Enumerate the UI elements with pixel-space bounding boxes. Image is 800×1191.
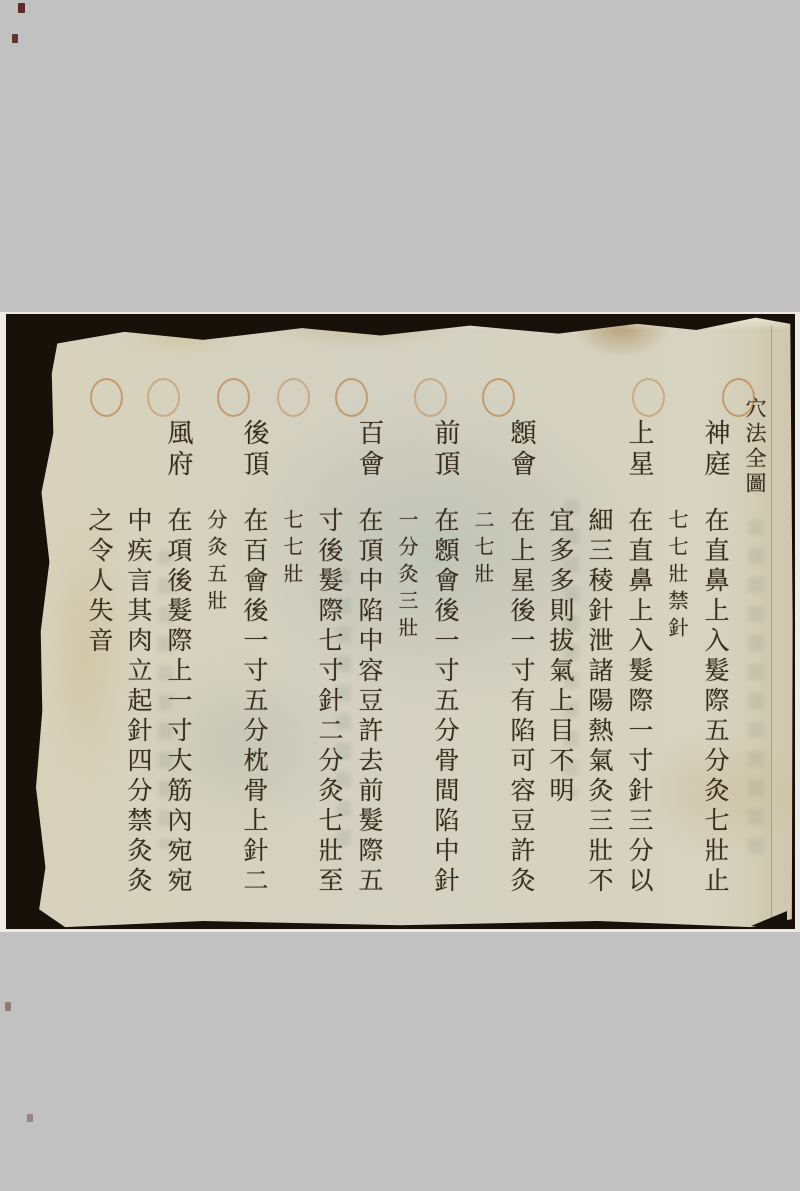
dosage-annotation-small: 分灸五壯	[198, 397, 234, 617]
acupoint-description-continued: 中疾言其肉立起針四分禁灸灸	[119, 397, 158, 897]
page-title: 穴法全圖	[735, 397, 775, 497]
acupoint-name: 風府	[163, 419, 193, 481]
acupoint-description-continued: 之令人失音	[80, 397, 119, 657]
acupoint-entry-column: 百會在頂中陷中容豆許去前髮際五	[349, 397, 389, 897]
acupoint-description-continued: 細三稜針泄諸陽熱氣灸三壯不	[580, 397, 619, 897]
manuscript-photo: 穴法全圖 神庭在直鼻上入髮際五分灸七壯止七七壯禁針上星在直鼻上入髮際一寸針三分以…	[0, 312, 800, 932]
acupoint-entry-column: 顖會在上星後一寸有陷可容豆許灸	[501, 397, 541, 897]
acupoint-description: 在直鼻上入髮際一寸針三分以	[625, 507, 654, 897]
acupoint-entry-column: 後頂在百會後一寸五分枕骨上針二	[234, 397, 274, 897]
scan-speck	[18, 3, 25, 13]
acupoint-description: 在項後髮際上一寸大筋內宛宛	[164, 507, 193, 897]
acupoint-description: 在上星後一寸有陷可容豆許灸	[507, 507, 536, 897]
acupoint-name: 百會	[354, 419, 384, 481]
acupoint-description: 在百會後一寸五分枕骨上針二	[240, 507, 269, 897]
acupoint-entry-column: 前頂在顖會後一寸五分骨間陷中針	[425, 397, 465, 897]
acupoint-description-continued: 宜多多則拔氣上目不明	[541, 397, 580, 807]
acupoint-description: 在頂中陷中容豆許去前髮際五	[355, 507, 384, 897]
name-description-gap	[253, 481, 255, 507]
black-backing: 穴法全圖 神庭在直鼻上入髮際五分灸七壯止七七壯禁針上星在直鼻上入髮際一寸針三分以…	[6, 314, 795, 929]
name-description-gap	[368, 481, 370, 507]
name-description-gap	[638, 481, 640, 507]
acupoint-description: 在直鼻上入髮際五分灸七壯止	[701, 507, 730, 897]
acupoint-name: 上星	[624, 419, 654, 481]
scanned-manuscript-page: { "document": { "type": "handwritten man…	[0, 0, 800, 1191]
acupoint-entry-column: 風府在項後髮際上一寸大筋內宛宛	[158, 397, 198, 897]
scan-speck	[5, 1002, 11, 1011]
acupoint-description: 在顖會後一寸五分骨間陷中針	[431, 507, 460, 897]
name-description-gap	[177, 481, 179, 507]
acupoint-name: 後頂	[239, 419, 269, 481]
acupoint-name: 前頂	[430, 419, 460, 481]
manuscript-text: 穴法全圖 神庭在直鼻上入髮際五分灸七壯止七七壯禁針上星在直鼻上入髮際一寸針三分以…	[50, 397, 775, 923]
dosage-annotation-small: 七七壯禁針	[659, 397, 695, 644]
acupoint-entry-column: 神庭在直鼻上入髮際五分灸七壯止	[695, 397, 735, 897]
dosage-annotation-small: 一分灸三壯	[389, 397, 425, 644]
acupoint-name: 神庭	[700, 419, 730, 481]
scan-speck	[12, 34, 18, 43]
acupoint-entry-column: 上星在直鼻上入髮際一寸針三分以	[619, 397, 659, 897]
dosage-annotation-small: 二七壯	[465, 397, 501, 590]
name-description-gap	[444, 481, 446, 507]
acupoint-description-continued: 寸後髮際七寸針二分灸七壯至	[310, 397, 349, 897]
acupoint-name: 顖會	[506, 419, 536, 481]
scan-speck	[27, 1114, 33, 1122]
name-description-gap	[520, 481, 522, 507]
dosage-annotation-small: 七七壯	[274, 397, 310, 590]
name-description-gap	[714, 481, 716, 507]
